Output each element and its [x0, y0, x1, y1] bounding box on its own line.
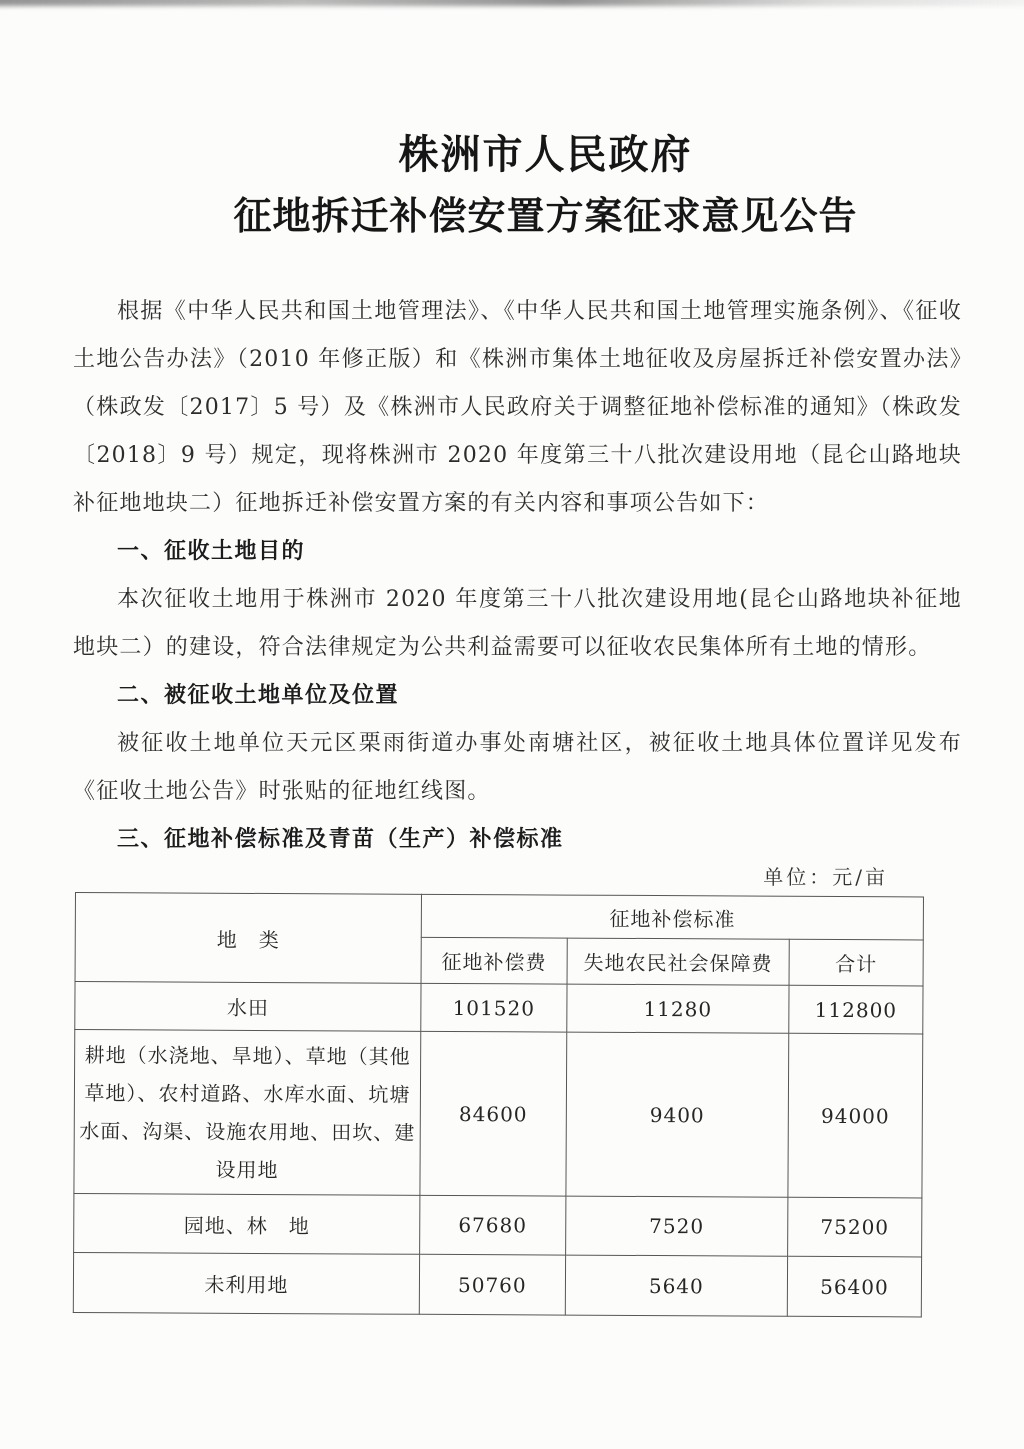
cell-land-type: 耕地（水浇地、旱地）、草地（其他草地）、农村道路、水库水面、坑塘水面、沟渠、设施…: [74, 1030, 421, 1196]
intro-paragraph: 根据《中华人民共和国土地管理法》、《中华人民共和国土地管理实施条例》、《征收土地…: [73, 288, 962, 528]
table-row-unused-land: 未利用地 50760 5640 56400: [73, 1252, 921, 1316]
section-1-body: 本次征收土地用于株洲市 2020 年度第三十八批次建设用地(昆仑山路地块补征地地…: [73, 576, 962, 672]
cell-total: 75200: [788, 1197, 922, 1257]
table-header-row-1: 地 类 征地补偿标准: [75, 893, 923, 940]
document-content: 株洲市人民政府 征地拆迁补偿安置方案征求意见公告 根据《中华人民共和国土地管理法…: [0, 0, 1024, 1313]
scanned-document-page: 株洲市人民政府 征地拆迁补偿安置方案征求意见公告 根据《中华人民共和国土地管理法…: [0, 0, 1024, 1449]
section-3-heading: 三、征地补偿标准及青苗（生产）补偿标准: [73, 816, 962, 864]
scan-edge-artifact: [0, 0, 1024, 6]
cell-social-security-fee: 7520: [565, 1196, 787, 1256]
cell-land-type: 园地、林 地: [74, 1193, 420, 1254]
table-header-total: 合计: [789, 939, 923, 986]
document-title-line2: 征地拆迁补偿安置方案征求意见公告: [101, 188, 990, 244]
compensation-standards-table: 地 类 征地补偿标准 征地补偿费 失地农民社会保障费 合计 水田 101520 …: [73, 892, 924, 1317]
table-row-garden-forest-land: 园地、林 地 67680 7520 75200: [74, 1193, 922, 1256]
cell-compensation-fee: 50760: [419, 1254, 565, 1315]
table-row-cultivated-land: 耕地（水浇地、旱地）、草地（其他草地）、农村道路、水库水面、坑塘水面、沟渠、设施…: [74, 1030, 923, 1198]
cell-compensation-fee: 67680: [420, 1195, 566, 1255]
cell-social-security-fee: 9400: [566, 1032, 789, 1197]
document-title-line1: 株洲市人民政府: [101, 128, 990, 182]
cell-compensation-fee: 84600: [420, 1031, 567, 1196]
cell-land-type: 水田: [75, 982, 421, 1032]
section-2-heading: 二、被征收土地单位及位置: [73, 672, 962, 720]
table-header-social-security-fee: 失地农民社会保障费: [567, 938, 789, 985]
cell-land-type: 未利用地: [73, 1252, 419, 1314]
table-header-compensation-fee: 征地补偿费: [421, 937, 567, 984]
cell-total: 112800: [789, 985, 923, 1034]
table-unit-note: 单位：元/亩: [73, 864, 888, 890]
cell-social-security-fee: 11280: [567, 984, 789, 1033]
cell-compensation-fee: 101520: [421, 983, 567, 1032]
cell-total: 94000: [788, 1033, 923, 1198]
table-header-land-type: 地 类: [75, 893, 421, 984]
table-row-paddy-field: 水田 101520 11280 112800: [75, 982, 923, 1034]
cell-total: 56400: [787, 1256, 921, 1317]
cell-social-security-fee: 5640: [565, 1255, 787, 1316]
table-header-compensation-standard-group: 征地补偿标准: [421, 894, 923, 940]
section-2-body: 被征收土地单位天元区栗雨街道办事处南塘社区，被征收土地具体位置详见发布《征收土地…: [73, 720, 962, 816]
section-1-heading: 一、征收土地目的: [73, 528, 962, 576]
document-title: 株洲市人民政府 征地拆迁补偿安置方案征求意见公告: [101, 128, 990, 244]
